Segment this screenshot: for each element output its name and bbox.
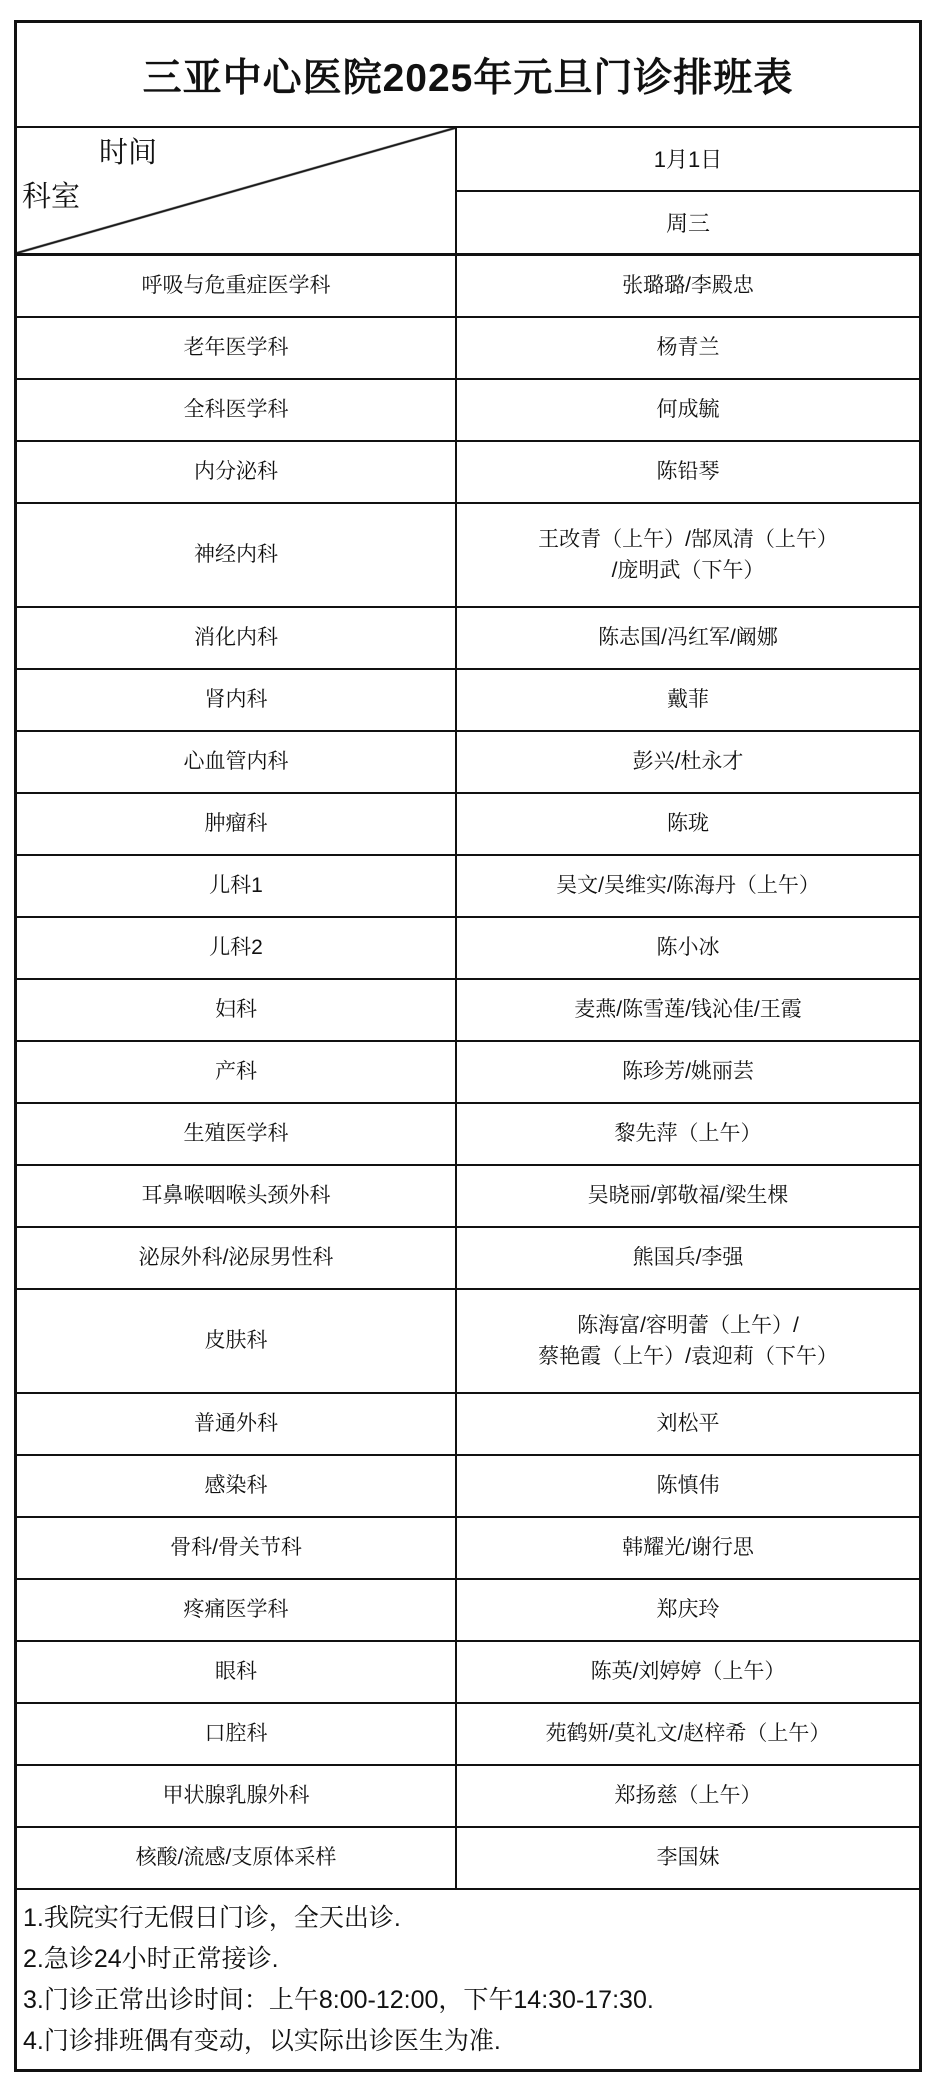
- diagonal-header-cell: 时间 科室: [17, 128, 457, 253]
- department-cell: 泌尿外科/泌尿男性科: [17, 1228, 457, 1288]
- department-cell: 神经内科: [17, 504, 457, 606]
- table-row: 老年医学科 杨青兰: [17, 318, 919, 380]
- department-cell: 产科: [17, 1042, 457, 1102]
- schedule-page: 三亚中心医院2025年元旦门诊排班表 时间 科室 1月1日 周三 呼吸与危重症医…: [0, 0, 937, 2089]
- doctors-cell: 彭兴/杜永才: [457, 732, 919, 792]
- department-cell: 核酸/流感/支原体采样: [17, 1828, 457, 1888]
- table-row: 产科 陈珍芳/姚丽芸: [17, 1042, 919, 1104]
- doctors-cell: 杨青兰: [457, 318, 919, 378]
- header-row: 时间 科室 1月1日 周三: [17, 128, 919, 256]
- department-cell: 感染科: [17, 1456, 457, 1516]
- department-cell: 心血管内科: [17, 732, 457, 792]
- doctors-cell: 陈珍芳/姚丽芸: [457, 1042, 919, 1102]
- table-row: 核酸/流感/支原体采样 李国妹: [17, 1828, 919, 1890]
- doctors-cell: 苑鹤妍/莫礼文/赵梓希（上午）: [457, 1704, 919, 1764]
- department-cell: 耳鼻喉咽喉头颈外科: [17, 1166, 457, 1226]
- doctors-cell: 张璐璐/李殿忠: [457, 256, 919, 316]
- header-department-label: 科室: [22, 174, 80, 215]
- doctors-cell: 刘松平: [457, 1394, 919, 1454]
- doctors-cell: 吴晓丽/郭敬福/梁生棵: [457, 1166, 919, 1226]
- table-row: 儿科1 吴文/吴维实/陈海丹（上午）: [17, 856, 919, 918]
- department-cell: 疼痛医学科: [17, 1580, 457, 1640]
- date-header: 1月1日: [457, 128, 919, 192]
- department-cell: 甲状腺乳腺外科: [17, 1766, 457, 1826]
- table-row: 疼痛医学科 郑庆玲: [17, 1580, 919, 1642]
- doctors-cell: 陈小冰: [457, 918, 919, 978]
- doctors-cell: 陈英/刘婷婷（上午）: [457, 1642, 919, 1702]
- table-row: 骨科/骨关节科 韩耀光/谢行思: [17, 1518, 919, 1580]
- table-row: 儿科2 陈小冰: [17, 918, 919, 980]
- doctors-cell: 李国妹: [457, 1828, 919, 1888]
- table-row: 心血管内科 彭兴/杜永才: [17, 732, 919, 794]
- weekday-header: 周三: [457, 192, 919, 254]
- title-row: 三亚中心医院2025年元旦门诊排班表: [17, 23, 919, 128]
- table-row: 妇科 麦燕/陈雪莲/钱沁佳/王霞: [17, 980, 919, 1042]
- doctors-cell: 何成毓: [457, 380, 919, 440]
- doctors-cell: 陈珑: [457, 794, 919, 854]
- department-cell: 儿科2: [17, 918, 457, 978]
- doctors-cell: 陈海富/容明蕾（上午）/ 蔡艳霞（上午）/袁迎莉（下午）: [457, 1290, 919, 1392]
- doctors-cell: 陈慎伟: [457, 1456, 919, 1516]
- department-cell: 口腔科: [17, 1704, 457, 1764]
- doctors-cell: 戴菲: [457, 670, 919, 730]
- doctors-cell: 陈铅琴: [457, 442, 919, 502]
- department-cell: 老年医学科: [17, 318, 457, 378]
- table-row: 眼科 陈英/刘婷婷（上午）: [17, 1642, 919, 1704]
- doctors-cell: 黎先萍（上午）: [457, 1104, 919, 1164]
- department-cell: 眼科: [17, 1642, 457, 1702]
- note-line-3: 3.门诊正常出诊时间：上午8:00-12:00，下午14:30-17:30.: [23, 1980, 911, 2021]
- doctors-cell: 吴文/吴维实/陈海丹（上午）: [457, 856, 919, 916]
- department-cell: 妇科: [17, 980, 457, 1040]
- note-line-1: 1.我院实行无假日门诊，全天出诊.: [23, 1898, 911, 1939]
- table-row: 消化内科 陈志国/冯红军/阚娜: [17, 608, 919, 670]
- department-cell: 内分泌科: [17, 442, 457, 502]
- page-title: 三亚中心医院2025年元旦门诊排班表: [143, 47, 794, 103]
- table-row: 神经内科 王改青（上午）/郜凤清（上午） /庞明武（下午）: [17, 504, 919, 608]
- table-row: 感染科 陈慎伟: [17, 1456, 919, 1518]
- doctors-cell: 陈志国/冯红军/阚娜: [457, 608, 919, 668]
- header-time-label: 时间: [99, 130, 157, 171]
- department-cell: 全科医学科: [17, 380, 457, 440]
- doctors-cell: 麦燕/陈雪莲/钱沁佳/王霞: [457, 980, 919, 1040]
- department-cell: 消化内科: [17, 608, 457, 668]
- department-cell: 儿科1: [17, 856, 457, 916]
- table-row: 肾内科 戴菲: [17, 670, 919, 732]
- doctors-cell: 郑扬慈（上午）: [457, 1766, 919, 1826]
- table-row: 皮肤科 陈海富/容明蕾（上午）/ 蔡艳霞（上午）/袁迎莉（下午）: [17, 1290, 919, 1394]
- table-row: 甲状腺乳腺外科 郑扬慈（上午）: [17, 1766, 919, 1828]
- department-cell: 呼吸与危重症医学科: [17, 256, 457, 316]
- department-cell: 皮肤科: [17, 1290, 457, 1392]
- table-row: 内分泌科 陈铅琴: [17, 442, 919, 504]
- table-row: 全科医学科 何成毓: [17, 380, 919, 442]
- schedule-table: 三亚中心医院2025年元旦门诊排班表 时间 科室 1月1日 周三 呼吸与危重症医…: [14, 20, 922, 2072]
- date-header-stack: 1月1日 周三: [457, 128, 919, 253]
- table-row: 肿瘤科 陈珑: [17, 794, 919, 856]
- footer-notes: 1.我院实行无假日门诊，全天出诊. 2.急诊24小时正常接诊. 3.门诊正常出诊…: [17, 1890, 919, 2069]
- table-row: 耳鼻喉咽喉头颈外科 吴晓丽/郭敬福/梁生棵: [17, 1166, 919, 1228]
- table-row: 泌尿外科/泌尿男性科 熊国兵/李强: [17, 1228, 919, 1290]
- table-row: 口腔科 苑鹤妍/莫礼文/赵梓希（上午）: [17, 1704, 919, 1766]
- doctors-cell: 郑庆玲: [457, 1580, 919, 1640]
- doctors-cell: 熊国兵/李强: [457, 1228, 919, 1288]
- department-cell: 骨科/骨关节科: [17, 1518, 457, 1578]
- department-cell: 肾内科: [17, 670, 457, 730]
- doctors-cell: 王改青（上午）/郜凤清（上午） /庞明武（下午）: [457, 504, 919, 606]
- note-line-4: 4.门诊排班偶有变动，以实际出诊医生为准.: [23, 2021, 911, 2062]
- table-row: 生殖医学科 黎先萍（上午）: [17, 1104, 919, 1166]
- note-line-2: 2.急诊24小时正常接诊.: [23, 1939, 911, 1980]
- table-row: 普通外科 刘松平: [17, 1394, 919, 1456]
- department-cell: 肿瘤科: [17, 794, 457, 854]
- department-cell: 生殖医学科: [17, 1104, 457, 1164]
- doctors-cell: 韩耀光/谢行思: [457, 1518, 919, 1578]
- table-row: 呼吸与危重症医学科 张璐璐/李殿忠: [17, 256, 919, 318]
- department-cell: 普通外科: [17, 1394, 457, 1454]
